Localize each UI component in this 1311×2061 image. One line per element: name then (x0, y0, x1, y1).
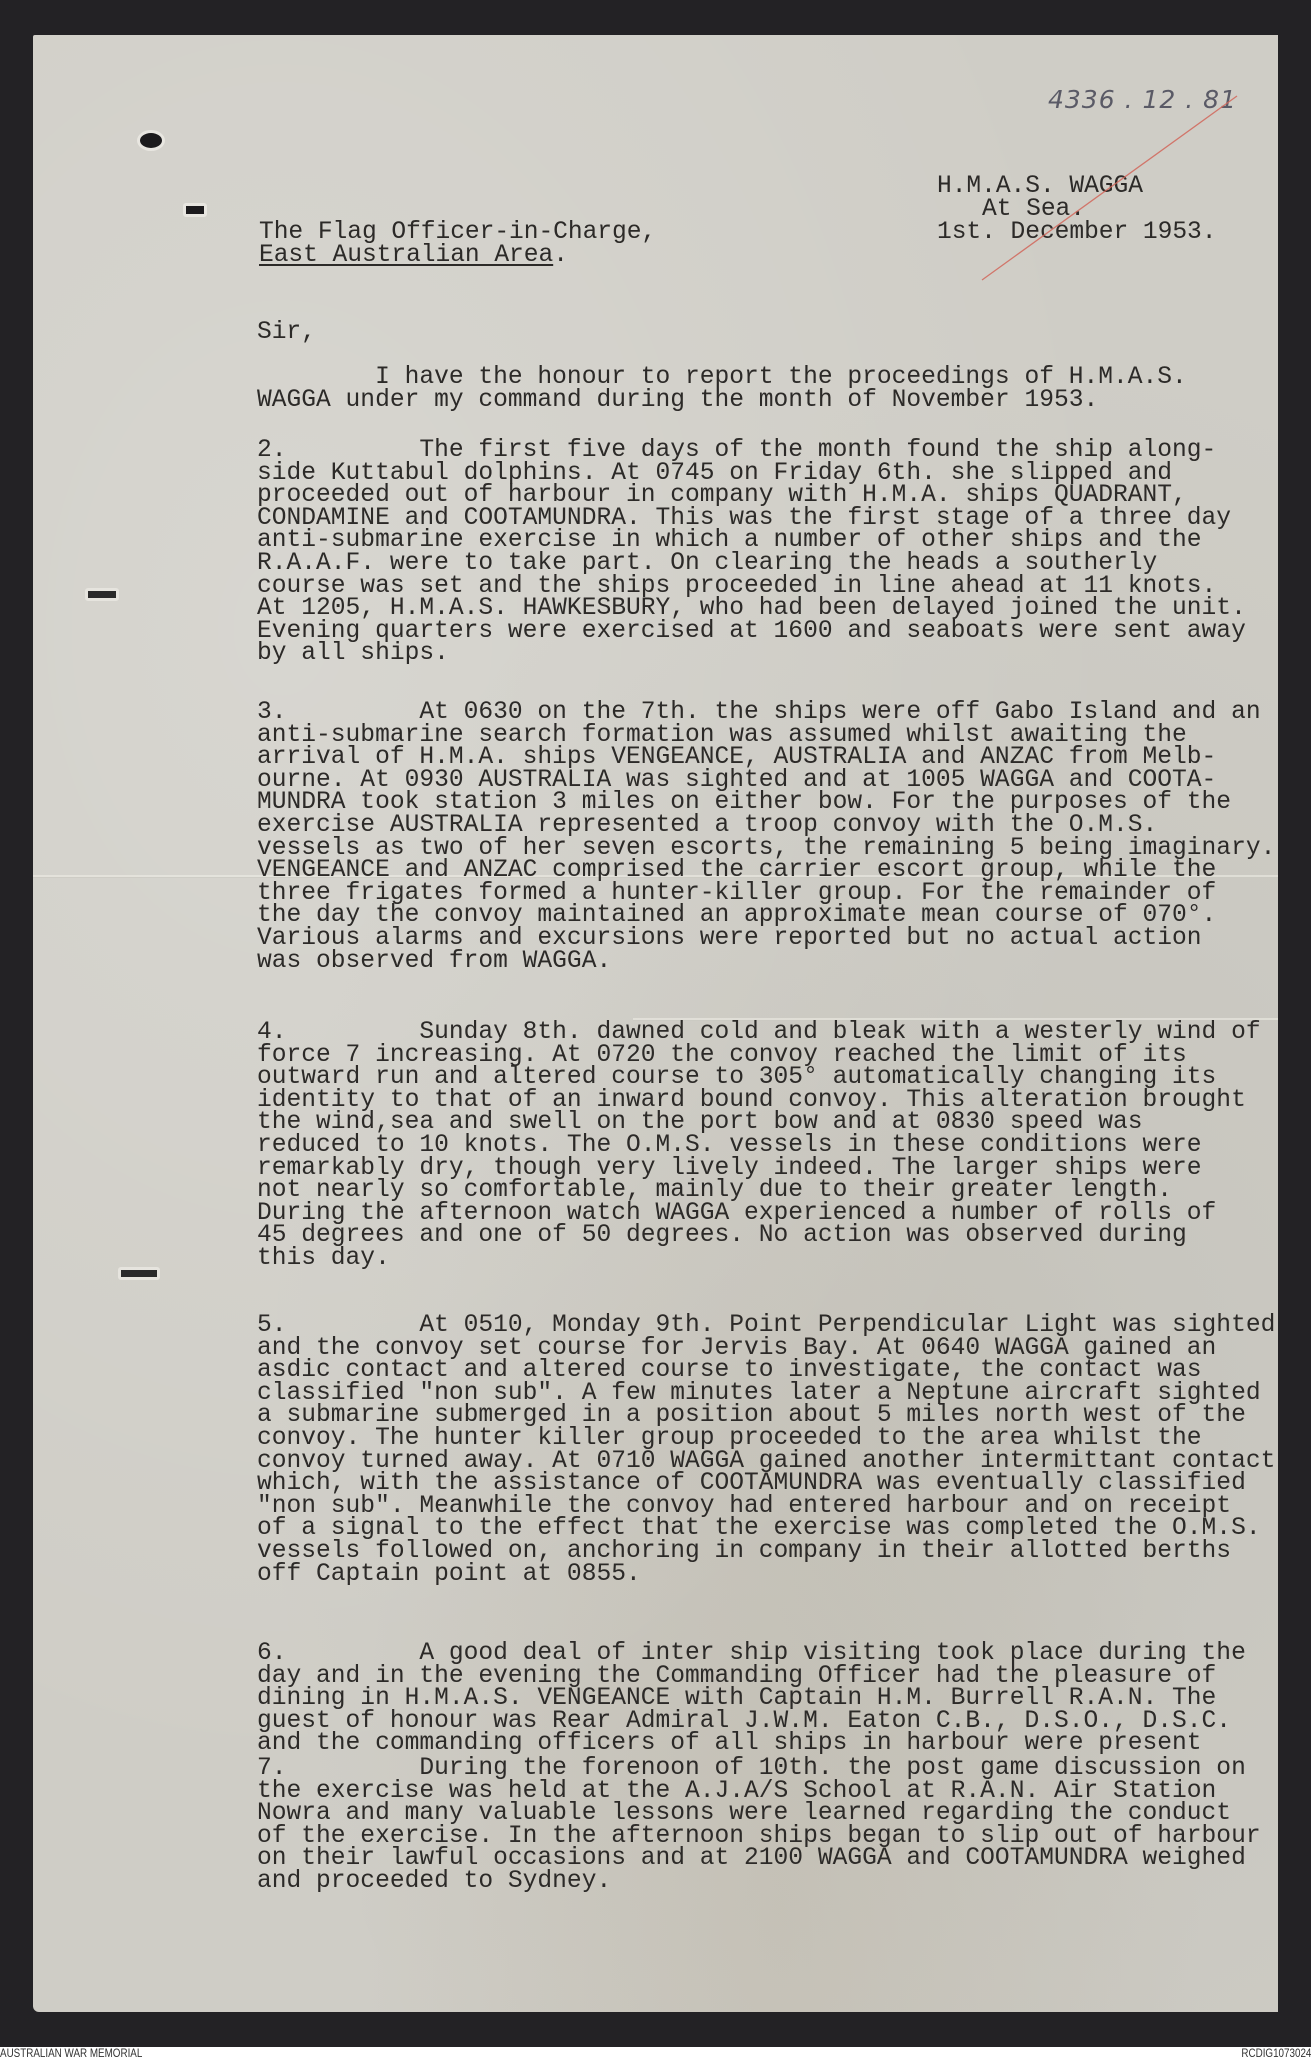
salutation: Sir, (257, 322, 316, 345)
tear-mark (183, 203, 207, 217)
institution-label: AUSTRALIAN WAR MEMORIAL (0, 2046, 142, 2060)
letter-date: 1st. December 1953. (937, 222, 1216, 245)
reference-annotation: 4336 . 12 . 81 (1048, 85, 1237, 114)
catalogue-id: RCDIG1073024 (1241, 2046, 1311, 2060)
paragraph-line: this day. (257, 1248, 390, 1271)
staple-hole (118, 1267, 160, 1280)
paragraph-line: was observed from WAGGA. (257, 951, 611, 974)
archive-footer: AUSTRALIAN WAR MEMORIAL RCDIG1073024 (0, 2047, 1311, 2061)
staple-hole (85, 588, 119, 601)
paragraph-line: and proceeded to Sydney. (257, 1871, 611, 1894)
paragraph-line: off Captain point at 0855. (257, 1564, 641, 1587)
paragraph-line: by all ships. (257, 643, 449, 666)
punch-hole (137, 130, 165, 151)
addressee-period: . (553, 242, 568, 269)
paragraph-line: and the commanding officers of all ships… (257, 1733, 1202, 1756)
paragraph-line: WAGGA under my command during the month … (257, 390, 1098, 413)
addressee-area: East Australian Area. (259, 245, 568, 268)
paragraph-line: 45 degrees and one of 50 degrees. No act… (257, 1225, 1187, 1248)
addressee-area-underlined: East Australian Area (259, 242, 553, 269)
